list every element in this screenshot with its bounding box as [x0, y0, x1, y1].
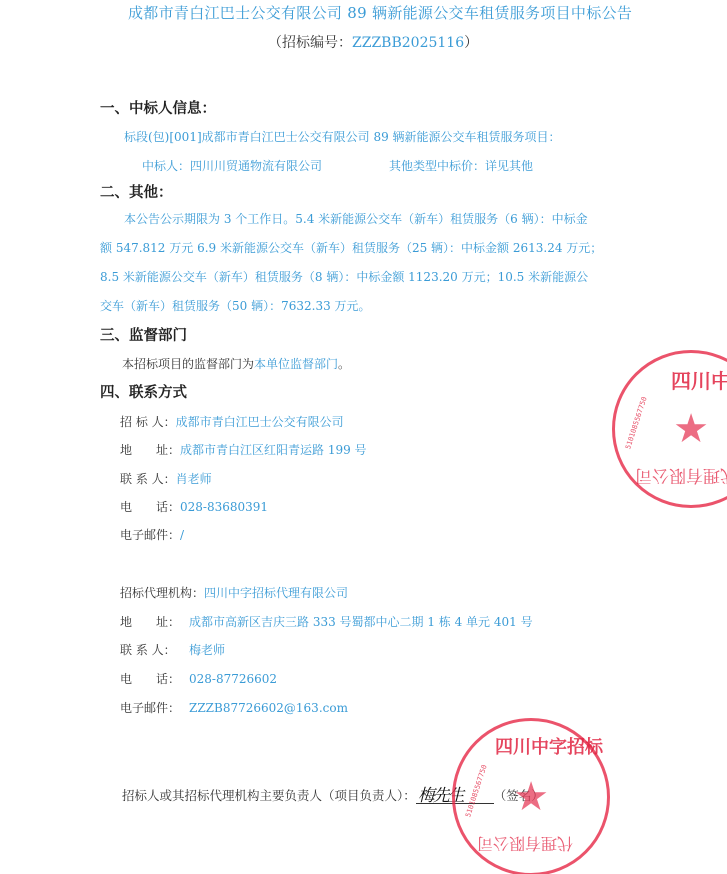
- company-seal-2: ★ 四川中字招标 5101085567750 代理有限公司: [452, 718, 610, 874]
- signature-label: 招标人或其招标代理机构主要负责人（项目负责人）：: [122, 788, 416, 803]
- seal-top-text: 四川中字招标: [495, 733, 603, 759]
- tenderer-contact-label: 联 系 人：: [120, 470, 176, 487]
- agency-email-value: ZZZB87726602@163.com: [189, 701, 348, 715]
- seal-bottom-text: 招标代理有限公司: [635, 465, 727, 490]
- other-line-1: 本公告公示期限为 3 个工作日。5.4 米新能源公交车（新车）租赁服务（6 辆）…: [124, 210, 588, 227]
- subtitle-prefix: （招标编号：: [268, 35, 352, 51]
- agency-phone-value: 028-87726602: [189, 672, 277, 686]
- seal-star-icon: ★: [673, 409, 709, 449]
- section-other-heading: 二、其他：: [100, 181, 173, 202]
- agency-phone-label: 电 话：: [120, 670, 189, 687]
- document-subtitle: （招标编号：ZZZBB2025116）: [268, 32, 478, 52]
- supervision-department: 本单位监督部门: [254, 357, 338, 371]
- tenderer-phone-row: 电 话：028-83680391: [120, 498, 268, 515]
- agency-email-label: 电子邮件：: [120, 699, 189, 716]
- agency-name-row: 招标代理机构：四川中字招标代理有限公司: [120, 584, 348, 601]
- tenderer-address-row: 地 址：成都市青白江区红阳青运路 199 号: [120, 441, 367, 458]
- seal-number: 5101085567750: [464, 764, 489, 819]
- seal-top-text: 四川中字: [671, 365, 727, 394]
- document-title: 成都市青白江巴士公交有限公司 89 辆新能源公交车租赁服务项目中标公告: [128, 2, 632, 23]
- section-contact-heading: 四、联系方式: [100, 381, 187, 402]
- section-supervision-heading: 三、监督部门: [100, 324, 187, 345]
- tender-code: ZZZBB2025116: [352, 35, 464, 51]
- agency-name-value: 四川中字招标代理有限公司: [204, 586, 348, 600]
- tenderer-contact-row: 联 系 人：肖老师: [120, 470, 212, 487]
- company-seal-1: ★ 四川中字 5101085567750 招标代理有限公司: [612, 350, 727, 508]
- tenderer-email-label: 电子邮件：: [120, 526, 180, 543]
- winning-price: 其他类型中标价：详见其他: [389, 157, 533, 174]
- other-line-4: 交车（新车）租赁服务（50 辆）：7632.33 万元。: [100, 297, 371, 314]
- lot-line: 标段(包)[001]成都市青白江巴士公交有限公司 89 辆新能源公交车租赁服务项…: [124, 128, 561, 145]
- tenderer-name-label: 招 标 人：: [120, 413, 176, 430]
- subtitle-suffix: ）: [464, 35, 478, 51]
- tenderer-address-value: 成都市青白江区红阳青运路 199 号: [180, 443, 367, 457]
- tenderer-name-row: 招 标 人：成都市青白江巴士公交有限公司: [120, 413, 344, 430]
- agency-contact-row: 联 系 人：梅老师: [120, 641, 225, 658]
- agency-contact-label: 联 系 人：: [120, 641, 189, 658]
- other-line-3: 8.5 米新能源公交车（新车）租赁服务（8 辆）：中标金额 1123.20 万元…: [100, 268, 588, 285]
- tenderer-phone-value: 028-83680391: [180, 500, 268, 514]
- seal-bottom-text: 代理有限公司: [477, 833, 573, 856]
- tenderer-email-row: 电子邮件：/: [120, 526, 184, 543]
- agency-phone-row: 电 话：028-87726602: [120, 670, 277, 687]
- seal-star-icon: ★: [513, 777, 549, 817]
- agency-name-label: 招标代理机构：: [120, 584, 204, 601]
- tenderer-address-label: 地 址：: [120, 441, 180, 458]
- seal-number: 5101085567750: [624, 396, 649, 451]
- tenderer-contact-value: 肖老师: [176, 472, 212, 486]
- agency-address-value: 成都市高新区吉庆三路 333 号蜀都中心二期 1 栋 4 单元 401 号: [189, 615, 533, 629]
- agency-address-row: 地 址：成都市高新区吉庆三路 333 号蜀都中心二期 1 栋 4 单元 401 …: [120, 613, 533, 630]
- tenderer-phone-label: 电 话：: [120, 498, 180, 515]
- agency-address-label: 地 址：: [120, 613, 189, 630]
- tenderer-name-value: 成都市青白江巴士公交有限公司: [176, 415, 344, 429]
- other-line-2: 额 547.812 万元 6.9 米新能源公交车（新车）租赁服务（25 辆）：中…: [100, 239, 602, 256]
- supervision-suffix: 。: [338, 357, 350, 371]
- section-winner-heading: 一、中标人信息：: [100, 97, 216, 118]
- agency-email-row: 电子邮件：ZZZB87726602@163.com: [120, 699, 348, 716]
- agency-contact-value: 梅老师: [189, 643, 225, 657]
- supervision-text: 本招标项目的监督部门为本单位监督部门。: [122, 355, 350, 372]
- supervision-prefix: 本招标项目的监督部门为: [122, 357, 254, 371]
- tenderer-email-value: /: [180, 528, 184, 542]
- winner-name: 中标人：四川川贸通物流有限公司: [142, 157, 322, 174]
